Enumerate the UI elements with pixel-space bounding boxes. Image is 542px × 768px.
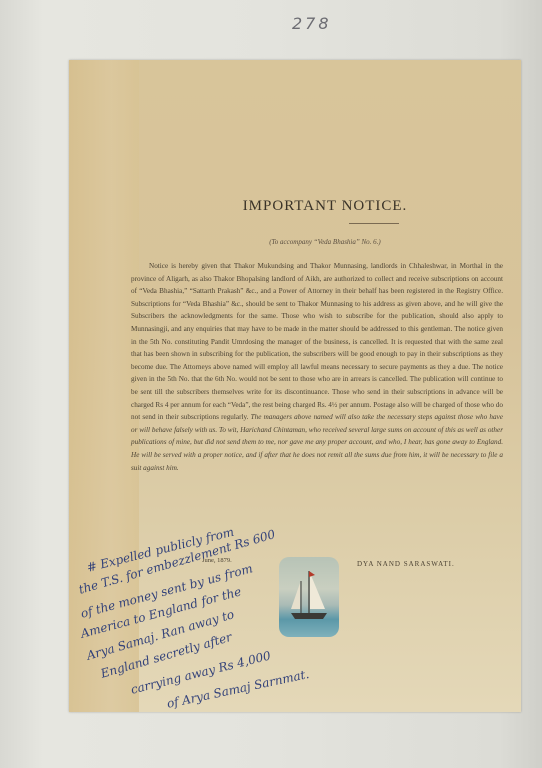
- notice-body: Notice is hereby given that Thakor Mukun…: [131, 260, 503, 474]
- title-divider: [349, 223, 399, 224]
- notice-paragraph: Notice is hereby given that Thakor Mukun…: [131, 262, 503, 421]
- notice-italic-paragraph: The managers above named will also take …: [131, 413, 503, 471]
- signature: DYA NAND SARASWATI.: [357, 560, 455, 568]
- handwritten-annotation: # Expelled publicly from the T.S. for em…: [77, 557, 347, 707]
- notice-sheet: IMPORTANT NOTICE. (To accompany “Veda Bh…: [69, 60, 521, 712]
- notice-title: IMPORTANT NOTICE.: [69, 198, 521, 215]
- page-number: 278: [292, 14, 332, 33]
- notice-subtitle: (To accompany “Veda Bhashia” No. 6.): [69, 238, 521, 246]
